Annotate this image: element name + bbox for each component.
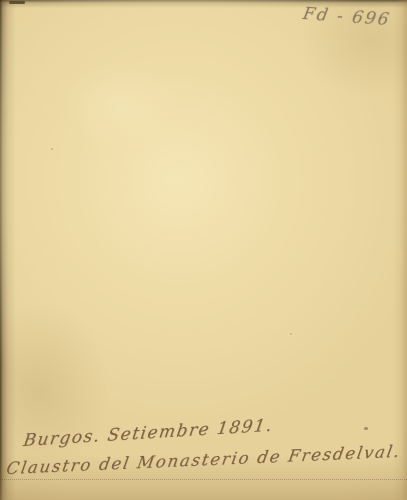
ink-speck xyxy=(364,427,368,430)
aged-paper-background: Fd - 696 Burgos. Setiembre 1891. Claustr… xyxy=(0,0,407,500)
catalog-number-annotation: Fd - 696 xyxy=(302,4,393,30)
inscription-place-date: Burgos. Setiembre 1891. xyxy=(22,416,275,451)
paper-speck xyxy=(290,333,292,335)
paper-crease-line xyxy=(0,479,407,480)
edge-mark xyxy=(9,1,25,4)
paper-speck xyxy=(51,148,53,150)
aging-blotch xyxy=(0,300,110,480)
paper-highlight xyxy=(60,60,180,150)
scanned-page: Fd - 696 Burgos. Setiembre 1891. Claustr… xyxy=(0,0,407,500)
